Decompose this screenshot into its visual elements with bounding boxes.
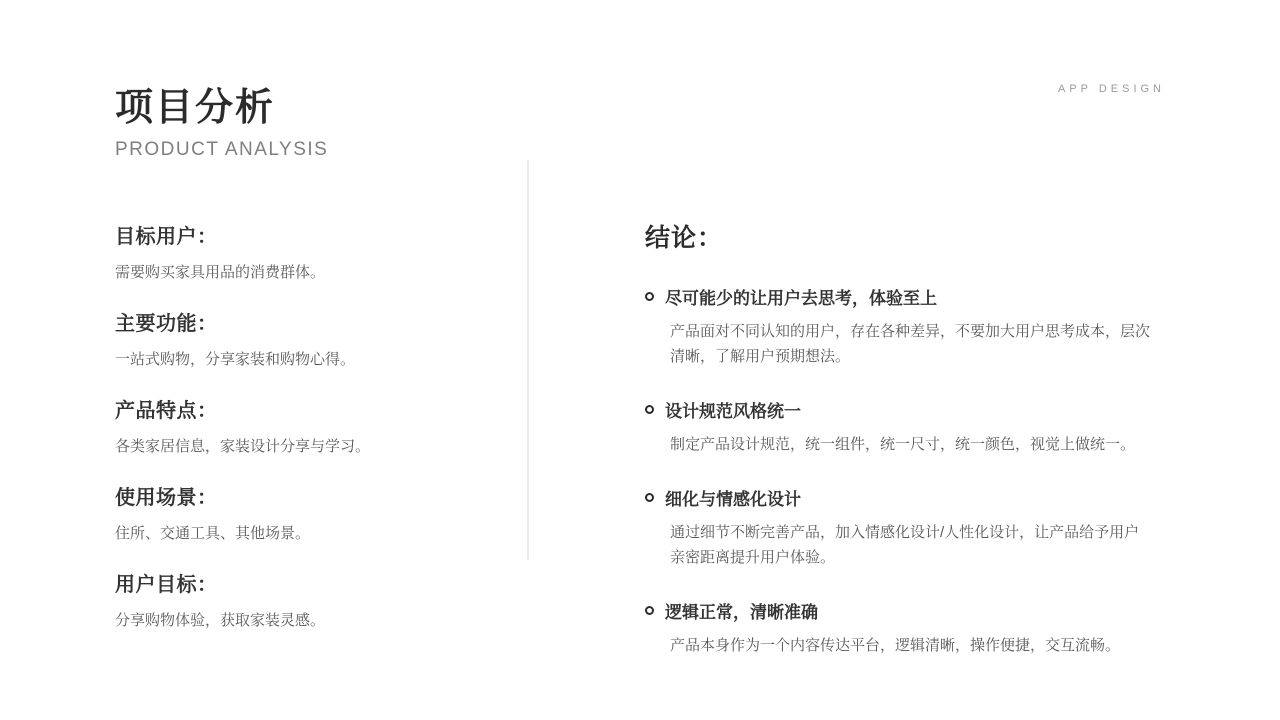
conclusion-item-title: 细化与情感化设计 [645, 485, 1150, 510]
section-target-users: 目标用户： 需要购买家具用品的消费群体。 [115, 220, 505, 283]
section-heading: 产品特点： [115, 394, 505, 423]
left-column: 目标用户： 需要购买家具用品的消费群体。 主要功能： 一站式购物，分享家装和购物… [115, 220, 505, 655]
right-column: 结论： 尽可能少的让用户去思考，体验至上 产品面对不同认知的用户，存在各种差异，… [645, 218, 1150, 686]
page-title: 项目分析 [115, 76, 275, 131]
vertical-divider [527, 160, 529, 560]
section-body: 需要购买家具用品的消费群体。 [115, 263, 505, 283]
section-heading: 目标用户： [115, 220, 505, 249]
section-heading: 主要功能： [115, 307, 505, 336]
section-user-goals: 用户目标： 分享购物体验，获取家装灵感。 [115, 568, 505, 631]
section-heading: 使用场景： [115, 481, 505, 510]
conclusion-item-title: 尽可能少的让用户去思考，体验至上 [645, 284, 1150, 309]
conclusion-heading: 结论： [645, 218, 1150, 254]
circle-bullet-icon [645, 493, 654, 502]
circle-bullet-icon [645, 606, 654, 615]
conclusion-item-title-text: 设计规范风格统一 [665, 397, 801, 422]
conclusion-item-title: 逻辑正常，清晰准确 [645, 598, 1150, 623]
section-body: 分享购物体验，获取家装灵感。 [115, 611, 505, 631]
conclusion-item-body: 通过细节不断完善产品，加入情感化设计/人性化设计，让产品给予用户亲密距离提升用户… [670, 520, 1152, 570]
section-body: 住所、交通工具、其他场景。 [115, 524, 505, 544]
page-subtitle: PRODUCT ANALYSIS [115, 139, 328, 161]
section-body: 各类家居信息，家装设计分享与学习。 [115, 437, 505, 457]
circle-bullet-icon [645, 405, 654, 414]
section-heading: 用户目标： [115, 568, 505, 597]
conclusion-item-title-text: 细化与情感化设计 [665, 485, 801, 510]
conclusion-item: 尽可能少的让用户去思考，体验至上 产品面对不同认知的用户，存在各种差异，不要加大… [645, 284, 1150, 369]
conclusion-item-title-text: 逻辑正常，清晰准确 [665, 598, 818, 623]
section-product-features: 产品特点： 各类家居信息，家装设计分享与学习。 [115, 394, 505, 457]
conclusion-item: 设计规范风格统一 制定产品设计规范，统一组件，统一尺寸，统一颜色，视觉上做统一。 [645, 397, 1150, 457]
conclusion-item: 细化与情感化设计 通过细节不断完善产品，加入情感化设计/人性化设计，让产品给予用… [645, 485, 1150, 570]
conclusion-item-body: 产品面对不同认知的用户，存在各种差异，不要加大用户思考成本，层次清晰，了解用户预… [670, 319, 1152, 369]
conclusion-item-body: 制定产品设计规范，统一组件，统一尺寸，统一颜色，视觉上做统一。 [670, 432, 1152, 457]
slide: 项目分析 PRODUCT ANALYSIS APP DESIGN 目标用户： 需… [0, 0, 1280, 720]
conclusion-item: 逻辑正常，清晰准确 产品本身作为一个内容传达平台，逻辑清晰，操作便捷，交互流畅。 [645, 598, 1150, 658]
conclusion-item-title-text: 尽可能少的让用户去思考，体验至上 [665, 284, 937, 309]
section-usage-scenarios: 使用场景： 住所、交通工具、其他场景。 [115, 481, 505, 544]
conclusion-item-title: 设计规范风格统一 [645, 397, 1150, 422]
section-main-functions: 主要功能： 一站式购物，分享家装和购物心得。 [115, 307, 505, 370]
circle-bullet-icon [645, 292, 654, 301]
section-body: 一站式购物，分享家装和购物心得。 [115, 350, 505, 370]
corner-label: APP DESIGN [1058, 83, 1165, 95]
conclusion-item-body: 产品本身作为一个内容传达平台，逻辑清晰，操作便捷，交互流畅。 [670, 633, 1152, 658]
